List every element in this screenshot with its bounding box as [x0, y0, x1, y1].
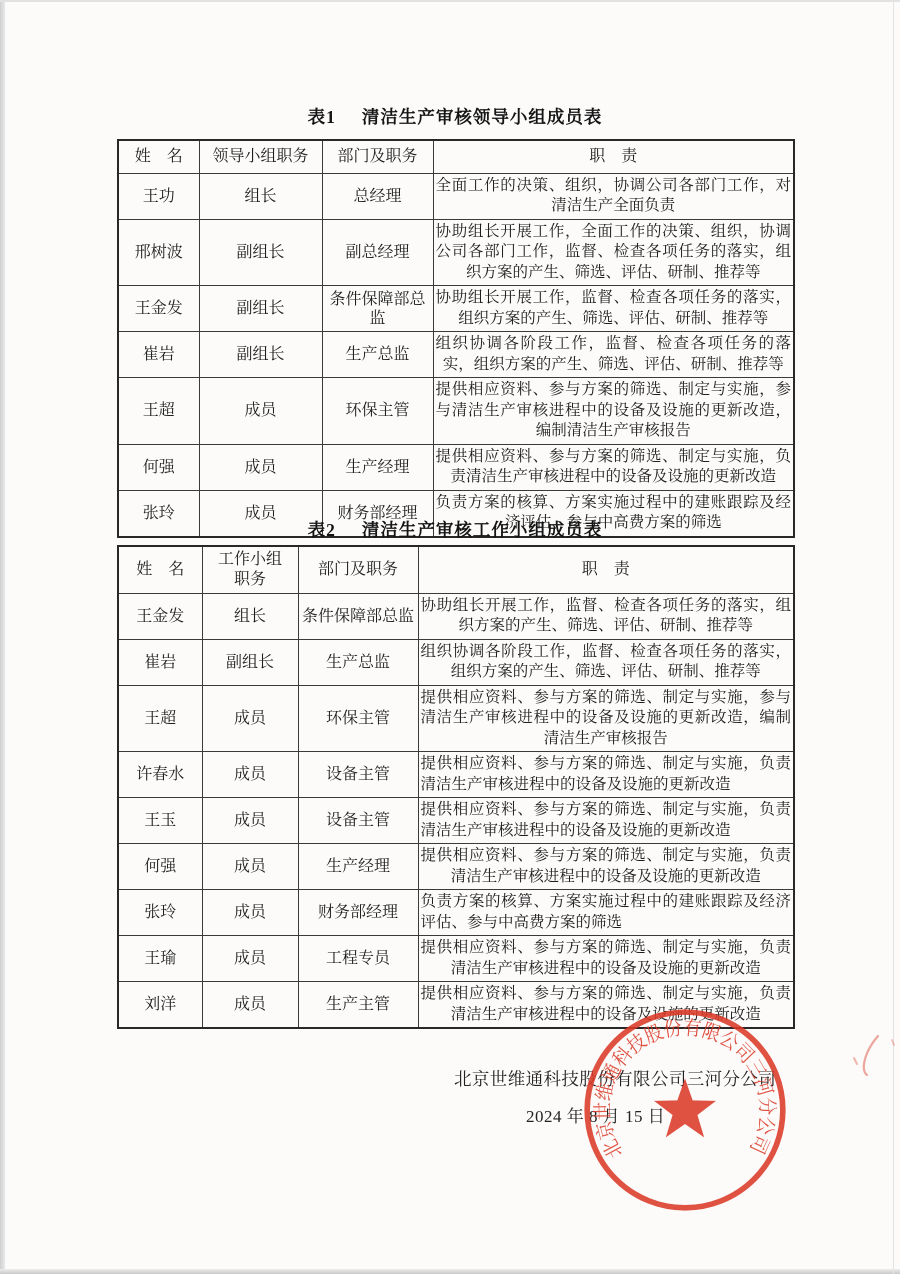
cell-duty: 提供相应资料、参与方案的筛选、制定与实施，负责清洁生产审核进程中的设备及设施的更… [418, 936, 794, 982]
cell-duty: 提供相应资料、参与方案的筛选、制定与实施，负责清洁生产审核进程中的设备及设施的更… [433, 444, 794, 490]
table-row: 崔岩 副组长 生产总监 组织协调各阶段工作，监督、检查各项任务的落实，组织方案的… [118, 639, 794, 685]
table-row: 许春水 成员 设备主管 提供相应资料、参与方案的筛选、制定与实施，负责清洁生产审… [118, 752, 794, 798]
scanned-document-page: 表1清洁生产审核领导小组成员表 姓 名 领导小组职务 部门及职务 职 责 王功 … [0, 0, 900, 1274]
cell-duty: 组织协调各阶段工作，监督、检查各项任务的落实，组织方案的产生、筛选、评估、研制、… [418, 639, 794, 685]
table-row: 王玉 成员 设备主管 提供相应资料、参与方案的筛选、制定与实施，负责清洁生产审核… [118, 798, 794, 844]
leader-group-table: 姓 名 领导小组职务 部门及职务 职 责 王功 组长 总经理 全面工作的决策、组… [117, 139, 795, 538]
cell-name: 王金发 [118, 593, 202, 639]
header-dept: 部门及职务 [298, 546, 418, 593]
company-seal-stamp: 北京世维通科技股份有限公司三河分公司 [578, 1005, 792, 1219]
table2-title-text: 清洁生产审核工作小组成员表 [362, 520, 603, 540]
cell-name: 张玲 [118, 890, 202, 936]
table-header-row: 姓 名 领导小组职务 部门及职务 职 责 [118, 140, 794, 173]
cell-name: 何强 [118, 844, 202, 890]
scan-edge-left [0, 0, 5, 1274]
table-row: 王瑜 成员 工程专员 提供相应资料、参与方案的筛选、制定与实施，负责清洁生产审核… [118, 936, 794, 982]
table-row: 王金发 副组长 条件保障部总监 协助组长开展工作，监督、检查各项任务的落实，组织… [118, 286, 794, 332]
cell-duty: 提供相应资料、参与方案的筛选、制定与实施，负责清洁生产审核进程中的设备及设施的更… [418, 798, 794, 844]
cell-role: 成员 [202, 685, 298, 752]
cell-duty: 提供相应资料、参与方案的筛选、制定与实施，参与清洁生产审核进程中的设备及设施的更… [418, 685, 794, 752]
cell-dept: 总经理 [322, 173, 433, 219]
cell-name: 王玉 [118, 798, 202, 844]
cell-dept: 工程专员 [298, 936, 418, 982]
cell-role: 成员 [202, 936, 298, 982]
cell-name: 崔岩 [118, 332, 199, 378]
table-row: 张玲 成员 财务部经理 负责方案的核算、方案实施过程中的建账跟踪及经济评估、参与… [118, 890, 794, 936]
cell-dept: 财务部经理 [298, 890, 418, 936]
cell-dept: 生产经理 [298, 844, 418, 890]
cell-role: 成员 [202, 844, 298, 890]
scan-edge-bottom [0, 1269, 900, 1274]
cell-duty: 提供相应资料、参与方案的筛选、制定与实施，负责清洁生产审核进程中的设备及设施的更… [418, 752, 794, 798]
cell-dept: 环保主管 [298, 685, 418, 752]
header-duty: 职 责 [418, 546, 794, 593]
cell-role: 组长 [199, 173, 322, 219]
table-row: 王超 成员 环保主管 提供相应资料、参与方案的筛选、制定与实施，参与清洁生产审核… [118, 378, 794, 445]
table-row: 何强 成员 生产经理 提供相应资料、参与方案的筛选、制定与实施，负责清洁生产审核… [118, 844, 794, 890]
cell-dept: 生产总监 [322, 332, 433, 378]
cell-duty: 全面工作的决策、组织，协调公司各部门工作，对清洁生产全面负责 [433, 173, 794, 219]
table2-title: 表2清洁生产审核工作小组成员表 [117, 517, 793, 542]
cell-name: 王金发 [118, 286, 199, 332]
cell-dept: 生产经理 [322, 444, 433, 490]
table-header-row: 姓 名 工作小组 职务 部门及职务 职 责 [118, 546, 794, 593]
cell-duty: 协助组长开展工作，全面工作的决策、组织，协调公司各部门工作，监督、检查各项任务的… [433, 219, 794, 286]
header-name: 姓 名 [118, 140, 199, 173]
table1-label: 表1 [308, 107, 336, 127]
table-row: 邢树波 副组长 副总经理 协助组长开展工作，全面工作的决策、组织，协调公司各部门… [118, 219, 794, 286]
table-row: 王金发 组长 条件保障部总监 协助组长开展工作，监督、检查各项任务的落实，组织方… [118, 593, 794, 639]
table2-label: 表2 [308, 520, 336, 540]
cell-dept: 设备主管 [298, 798, 418, 844]
cell-dept: 副总经理 [322, 219, 433, 286]
table-row: 王超 成员 环保主管 提供相应资料、参与方案的筛选、制定与实施，参与清洁生产审核… [118, 685, 794, 752]
cell-dept: 条件保障部总监 [298, 593, 418, 639]
table-row: 王功 组长 总经理 全面工作的决策、组织，协调公司各部门工作，对清洁生产全面负责 [118, 173, 794, 219]
table-row: 何强 成员 生产经理 提供相应资料、参与方案的筛选、制定与实施，负责清洁生产审核… [118, 444, 794, 490]
cell-name: 王超 [118, 685, 202, 752]
cell-dept: 生产主管 [298, 982, 418, 1029]
cell-role: 组长 [202, 593, 298, 639]
cell-duty: 提供相应资料、参与方案的筛选、制定与实施，负责清洁生产审核进程中的设备及设施的更… [418, 844, 794, 890]
cell-dept: 条件保障部总监 [322, 286, 433, 332]
cell-role: 副组长 [199, 286, 322, 332]
cell-duty: 提供相应资料、参与方案的筛选、制定与实施，参与清洁生产审核进程中的设备及设施的更… [433, 378, 794, 445]
cell-role: 成员 [199, 378, 322, 445]
cell-duty: 协助组长开展工作，监督、检查各项任务的落实，组织方案的产生、筛选、评估、研制、推… [418, 593, 794, 639]
header-role: 领导小组职务 [199, 140, 322, 173]
cell-dept: 生产总监 [298, 639, 418, 685]
header-dept: 部门及职务 [322, 140, 433, 173]
cell-duty: 负责方案的核算、方案实施过程中的建账跟踪及经济评估、参与中高费方案的筛选 [418, 890, 794, 936]
cell-role: 成员 [202, 982, 298, 1029]
cell-name: 何强 [118, 444, 199, 490]
scan-edge-top [0, 0, 900, 2]
cell-name: 刘洋 [118, 982, 202, 1029]
cell-duty: 协助组长开展工作，监督、检查各项任务的落实，组织方案的产生、筛选、评估、研制、推… [433, 286, 794, 332]
cell-role: 副组长 [199, 219, 322, 286]
table1-title: 表1清洁生产审核领导小组成员表 [117, 104, 793, 129]
star-icon [654, 1078, 716, 1137]
header-role: 工作小组 职务 [202, 546, 298, 593]
red-pen-mark [840, 1028, 900, 1098]
cell-dept: 设备主管 [298, 752, 418, 798]
cell-role: 成员 [202, 752, 298, 798]
cell-duty: 组织协调各阶段工作，监督、检查各项任务的落实，组织方案的产生、筛选、评估、研制、… [433, 332, 794, 378]
cell-name: 王超 [118, 378, 199, 445]
table-row: 崔岩 副组长 生产总监 组织协调各阶段工作，监督、检查各项任务的落实，组织方案的… [118, 332, 794, 378]
cell-name: 王瑜 [118, 936, 202, 982]
cell-dept: 环保主管 [322, 378, 433, 445]
header-name: 姓 名 [118, 546, 202, 593]
cell-name: 王功 [118, 173, 199, 219]
work-group-table: 姓 名 工作小组 职务 部门及职务 职 责 王金发 组长 条件保障部总监 协助组… [117, 545, 795, 1029]
cell-name: 崔岩 [118, 639, 202, 685]
cell-role: 成员 [199, 444, 322, 490]
table1-title-text: 清洁生产审核领导小组成员表 [362, 107, 603, 127]
header-duty: 职 责 [433, 140, 794, 173]
cell-role: 副组长 [202, 639, 298, 685]
cell-role: 副组长 [199, 332, 322, 378]
cell-role: 成员 [202, 798, 298, 844]
cell-name: 许春水 [118, 752, 202, 798]
cell-role: 成员 [202, 890, 298, 936]
cell-name: 邢树波 [118, 219, 199, 286]
